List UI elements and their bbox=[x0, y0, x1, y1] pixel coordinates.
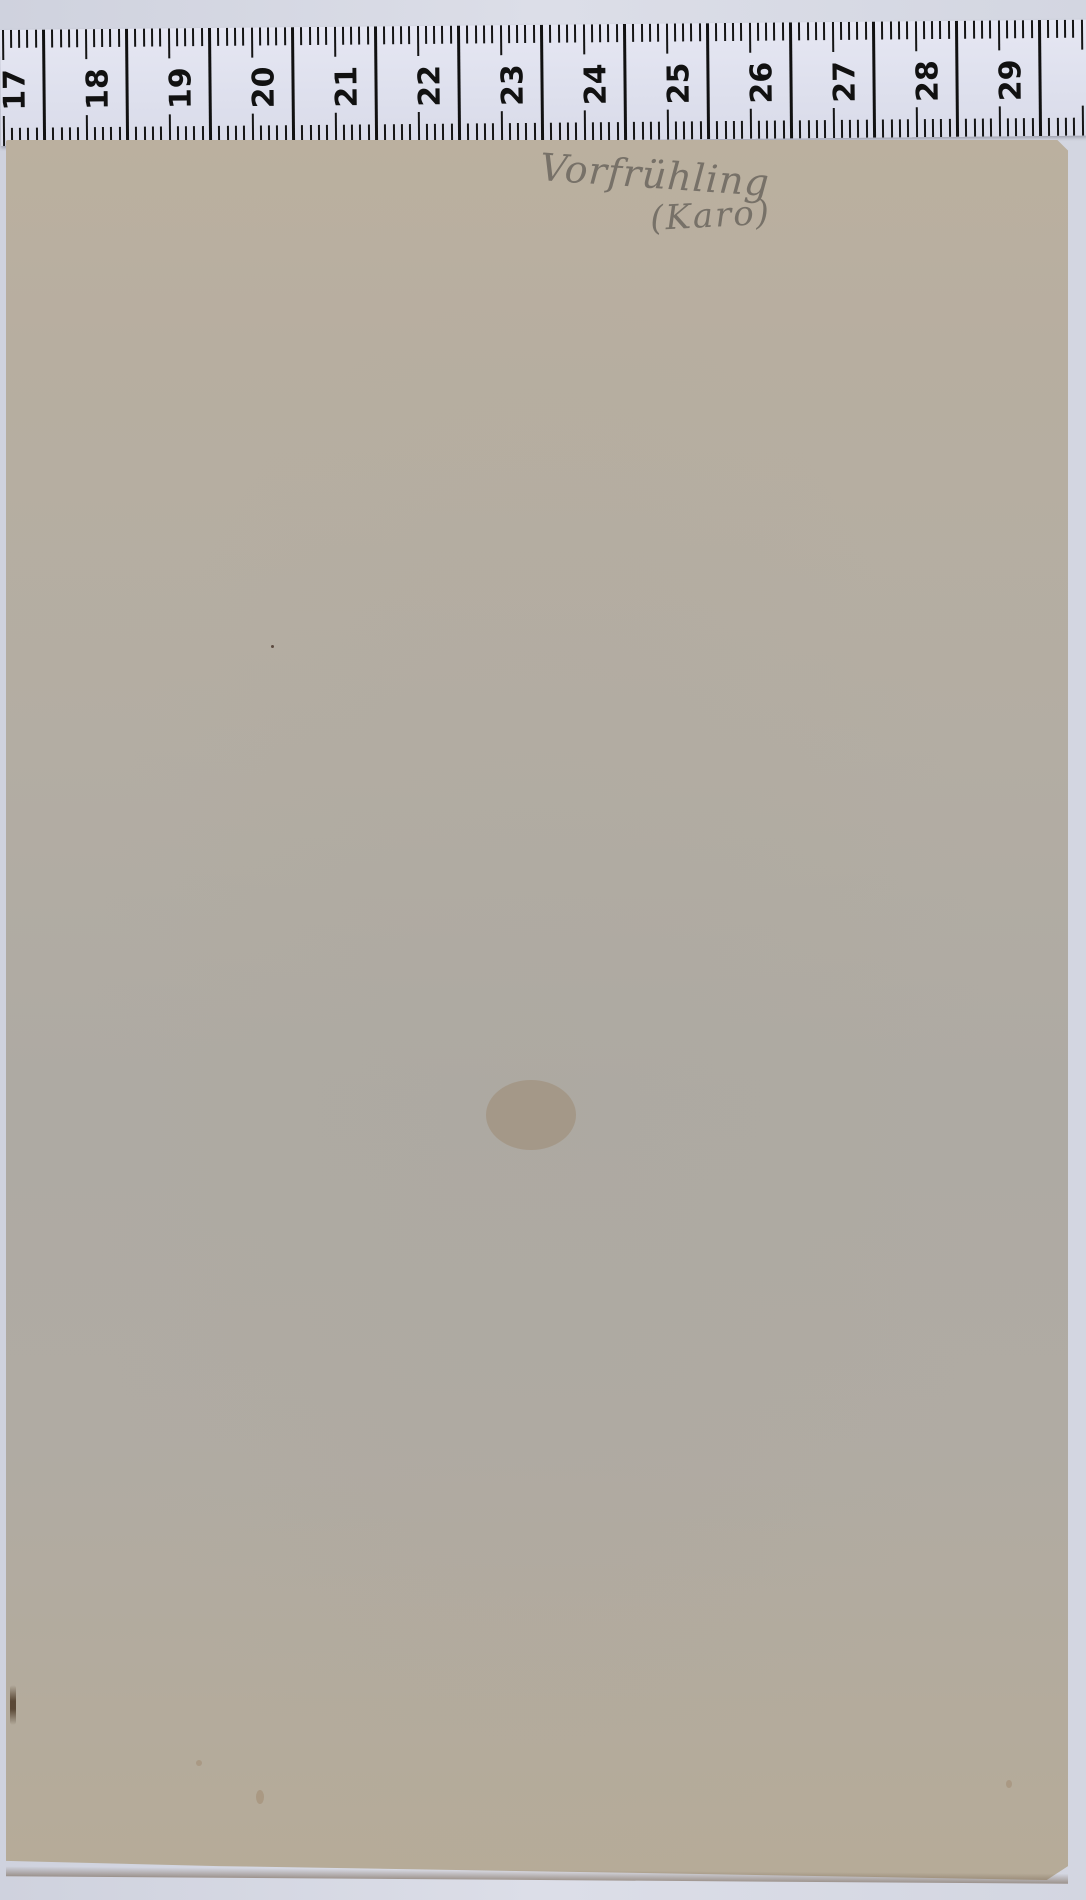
tape-tick bbox=[393, 124, 395, 142]
tape-tick bbox=[242, 28, 244, 46]
tape-cm-label: 27 bbox=[824, 62, 864, 102]
tape-tick bbox=[617, 122, 619, 140]
tape-tick bbox=[1032, 118, 1034, 136]
tape-tick bbox=[358, 27, 360, 45]
tape-tick bbox=[143, 29, 145, 47]
tape-tick bbox=[351, 125, 353, 143]
tape-tick bbox=[467, 124, 469, 142]
tape-tick bbox=[683, 121, 685, 139]
tape-tick bbox=[392, 26, 394, 44]
paper-edge-mark bbox=[10, 1685, 16, 1725]
tape-tick bbox=[923, 21, 925, 39]
tape-tick bbox=[534, 123, 536, 141]
tape-tick bbox=[741, 121, 743, 139]
tape-tick bbox=[766, 121, 768, 139]
stain bbox=[271, 645, 274, 648]
tape-tick bbox=[1031, 20, 1033, 38]
tape-tick bbox=[309, 27, 311, 45]
tape-tick bbox=[558, 25, 560, 43]
tape-tick bbox=[700, 121, 702, 139]
tape-tick bbox=[715, 23, 717, 41]
tape-tick bbox=[516, 25, 518, 43]
tape-tick bbox=[325, 27, 327, 45]
tape-tick bbox=[184, 28, 186, 46]
tape-tick bbox=[725, 121, 727, 139]
tape-tick bbox=[823, 22, 825, 40]
tape-tick bbox=[2, 116, 4, 146]
tape-tick bbox=[368, 124, 370, 142]
tape-tick bbox=[93, 29, 95, 47]
tape-tick bbox=[641, 24, 643, 42]
tape-tick bbox=[724, 23, 726, 41]
tape-tick bbox=[575, 122, 577, 140]
tape-tick bbox=[716, 121, 718, 139]
tape-cm-mark bbox=[955, 21, 959, 137]
tape-tick bbox=[550, 123, 552, 141]
tape-tick bbox=[284, 27, 286, 45]
tape-tick bbox=[350, 27, 352, 45]
tape-tick bbox=[906, 21, 908, 39]
tape-tick bbox=[1080, 20, 1082, 50]
tape-tick bbox=[525, 123, 527, 141]
tape-tick bbox=[633, 122, 635, 140]
tape-tick bbox=[234, 28, 236, 46]
tape-tick bbox=[475, 25, 477, 43]
tape-tick bbox=[964, 21, 966, 39]
tape-tick bbox=[76, 29, 78, 47]
tape-tick bbox=[524, 25, 526, 43]
tape-tick bbox=[665, 24, 667, 54]
tape-tick bbox=[433, 26, 435, 44]
tape-tick bbox=[1065, 118, 1067, 136]
tape-tick bbox=[607, 24, 609, 42]
tape-tick bbox=[10, 30, 12, 48]
tape-tick bbox=[250, 28, 252, 58]
tape-tick bbox=[500, 111, 502, 141]
tape-cm-label: 23 bbox=[492, 65, 532, 105]
tape-tick bbox=[35, 30, 37, 48]
tape-tick bbox=[84, 29, 86, 59]
stain bbox=[486, 1080, 576, 1150]
tape-tick bbox=[259, 27, 261, 45]
tape-tick bbox=[666, 110, 668, 140]
tape-tick bbox=[807, 22, 809, 40]
tape-cm-label: 18 bbox=[77, 69, 117, 109]
tape-tick bbox=[931, 21, 933, 39]
tape-tick bbox=[476, 123, 478, 141]
tape-tick bbox=[267, 27, 269, 45]
tape-cm-mark bbox=[623, 24, 627, 140]
tape-tick bbox=[450, 26, 452, 44]
tape-cm-mark bbox=[540, 25, 544, 141]
tape-cm-mark bbox=[1038, 20, 1042, 136]
tape-tick bbox=[782, 22, 784, 40]
tape-cm-mark bbox=[457, 26, 461, 142]
tape-tick bbox=[118, 29, 120, 47]
tape-tick bbox=[26, 30, 28, 48]
tape-tick bbox=[998, 106, 1000, 136]
tape-tick bbox=[690, 23, 692, 41]
tape-cm-label: 20 bbox=[243, 67, 283, 107]
tape-tick bbox=[866, 120, 868, 138]
tape-tick bbox=[815, 22, 817, 40]
tape-tick bbox=[675, 122, 677, 140]
tape-tick bbox=[582, 24, 584, 54]
tape-tick bbox=[275, 27, 277, 45]
tape-tick bbox=[881, 22, 883, 40]
tape-tick bbox=[949, 119, 951, 137]
tape-tick bbox=[51, 29, 53, 47]
photo-scene: 17181920212223242526272829 Vorfrühling (… bbox=[0, 0, 1086, 1900]
tape-cm-mark bbox=[374, 26, 378, 142]
tape-tick bbox=[1014, 20, 1016, 38]
tape-tick bbox=[1015, 118, 1017, 136]
pencil-inscription: Vorfrühling (Karo) bbox=[540, 145, 880, 233]
tape-cm-mark bbox=[789, 22, 793, 138]
tape-tick bbox=[733, 121, 735, 139]
tape-tick bbox=[757, 23, 759, 41]
tape-tick bbox=[642, 122, 644, 140]
tape-tick bbox=[890, 119, 892, 137]
tape-tick bbox=[384, 124, 386, 142]
tape-tick bbox=[774, 121, 776, 139]
tape-tick bbox=[566, 25, 568, 43]
tape-tick bbox=[831, 22, 833, 52]
tape-tick bbox=[201, 28, 203, 46]
tape-tick bbox=[1022, 20, 1024, 38]
tape-tick bbox=[591, 24, 593, 42]
tape-tick bbox=[982, 119, 984, 137]
tape-tick bbox=[409, 124, 411, 142]
tape-cm-label: 21 bbox=[326, 66, 366, 106]
tape-tick bbox=[798, 22, 800, 40]
tape-tick bbox=[924, 119, 926, 137]
tape-tick bbox=[499, 25, 501, 55]
tape-tick bbox=[965, 119, 967, 137]
tape-tick bbox=[1007, 118, 1009, 136]
tape-tick bbox=[856, 22, 858, 40]
tape-tick bbox=[167, 28, 169, 58]
tape-cm-label: 22 bbox=[409, 66, 449, 106]
tape-tick bbox=[408, 26, 410, 44]
tape-tick bbox=[509, 123, 511, 141]
tape-tick bbox=[948, 21, 950, 39]
tape-tick bbox=[840, 22, 842, 40]
tape-tick bbox=[401, 124, 403, 142]
tape-tick bbox=[517, 123, 519, 141]
tape-tick bbox=[773, 23, 775, 41]
tape-tick bbox=[907, 119, 909, 137]
tape-tick bbox=[159, 28, 161, 46]
tape-tick bbox=[732, 23, 734, 41]
tape-tick bbox=[973, 119, 975, 137]
tape-tick bbox=[383, 26, 385, 44]
tape-cm-mark bbox=[208, 28, 212, 144]
tape-tick bbox=[914, 21, 916, 51]
tape-tick bbox=[997, 20, 999, 50]
tape-tick bbox=[799, 120, 801, 138]
tape-cm-label: 28 bbox=[907, 61, 947, 101]
stain bbox=[256, 1790, 264, 1804]
tape-tick bbox=[442, 124, 444, 142]
tape-tick bbox=[658, 122, 660, 140]
tape-tick bbox=[674, 24, 676, 42]
tape-ticks: 17181920212223242526272829 bbox=[0, 20, 1086, 146]
tape-tick bbox=[699, 23, 701, 41]
tape-tick bbox=[940, 119, 942, 137]
tape-tick bbox=[359, 125, 361, 143]
tape-tick bbox=[1081, 106, 1083, 136]
tape-cm-label: 25 bbox=[658, 63, 698, 103]
tape-cm-label: 24 bbox=[575, 64, 615, 104]
tape-tick bbox=[649, 24, 651, 42]
tape-tick bbox=[151, 29, 153, 47]
tape-tick bbox=[691, 121, 693, 139]
tape-tick bbox=[60, 29, 62, 47]
tape-tick bbox=[317, 27, 319, 45]
tape-tick bbox=[217, 28, 219, 46]
tape-tick bbox=[657, 24, 659, 42]
tape-tick bbox=[134, 29, 136, 47]
tape-tick bbox=[549, 25, 551, 43]
tape-tick bbox=[749, 109, 751, 139]
tape-tick bbox=[1047, 20, 1049, 38]
tape-tick bbox=[848, 22, 850, 40]
tape-cm-label: 19 bbox=[160, 68, 200, 108]
tape-tick bbox=[1056, 118, 1058, 136]
tape-cm-label: 26 bbox=[741, 63, 781, 103]
tape-tick bbox=[841, 120, 843, 138]
tape-tick bbox=[168, 114, 170, 144]
tape-tick bbox=[939, 21, 941, 39]
tape-cm-mark bbox=[42, 30, 46, 146]
tape-cm-mark bbox=[291, 27, 295, 143]
tape-tick bbox=[334, 113, 336, 143]
tape-tick bbox=[367, 26, 369, 44]
tape-cm-label: 17 bbox=[0, 70, 35, 110]
tape-tick bbox=[989, 20, 991, 38]
tape-tick bbox=[1072, 20, 1074, 38]
tape-tick bbox=[882, 120, 884, 138]
tape-tick bbox=[990, 118, 992, 136]
tape-tick bbox=[1056, 20, 1058, 38]
tape-tick bbox=[1006, 20, 1008, 38]
tape-tick bbox=[483, 25, 485, 43]
tape-tick bbox=[932, 119, 934, 137]
tape-tick bbox=[101, 29, 103, 47]
tape-tick bbox=[599, 24, 601, 42]
tape-tick bbox=[484, 123, 486, 141]
tape-tick bbox=[783, 120, 785, 138]
tape-cm-label: 29 bbox=[990, 60, 1030, 100]
tape-tick bbox=[898, 21, 900, 39]
tape-tick bbox=[682, 23, 684, 41]
tape-tick bbox=[491, 25, 493, 43]
tape-tick bbox=[434, 124, 436, 142]
tape-tick bbox=[533, 25, 535, 43]
tape-tick bbox=[981, 21, 983, 39]
tape-tick bbox=[915, 107, 917, 137]
tape-tick bbox=[417, 112, 419, 142]
tape-tick bbox=[1073, 118, 1075, 136]
measuring-tape: 17181920212223242526272829 bbox=[0, 20, 1086, 146]
tape-tick bbox=[574, 24, 576, 42]
tape-tick bbox=[632, 24, 634, 42]
tape-tick bbox=[466, 26, 468, 44]
tape-tick bbox=[300, 27, 302, 45]
tape-tick bbox=[333, 27, 335, 57]
tape-tick bbox=[765, 23, 767, 41]
tape-tick bbox=[492, 123, 494, 141]
tape-tick bbox=[832, 108, 834, 138]
tape-tick bbox=[400, 26, 402, 44]
tape-tick bbox=[192, 28, 194, 46]
tape-cm-mark bbox=[125, 29, 129, 145]
tape-tick bbox=[592, 122, 594, 140]
tape-tick bbox=[18, 30, 20, 48]
tape-tick bbox=[68, 29, 70, 47]
tape-tick bbox=[650, 122, 652, 140]
tape-tick bbox=[583, 110, 585, 140]
tape-tick bbox=[567, 123, 569, 141]
tape-tick bbox=[441, 26, 443, 44]
tape-tick bbox=[176, 28, 178, 46]
tape-tick bbox=[1048, 118, 1050, 136]
tape-tick bbox=[890, 21, 892, 39]
tape-tick bbox=[426, 124, 428, 142]
tape-tick bbox=[758, 121, 760, 139]
tape-tick bbox=[251, 114, 253, 144]
tape-tick bbox=[425, 26, 427, 44]
stain bbox=[1006, 1780, 1012, 1788]
tape-tick bbox=[600, 122, 602, 140]
tape-tick bbox=[824, 120, 826, 138]
tape-tick bbox=[1, 30, 3, 60]
tape-tick bbox=[740, 23, 742, 41]
tape-tick bbox=[1023, 118, 1025, 136]
tape-tick bbox=[807, 120, 809, 138]
tape-tick bbox=[109, 29, 111, 47]
tape-tick bbox=[748, 23, 750, 53]
tape-tick bbox=[899, 119, 901, 137]
tape-tick bbox=[857, 120, 859, 138]
tape-tick bbox=[816, 120, 818, 138]
tape-tick bbox=[226, 28, 228, 46]
tape-tick bbox=[451, 124, 453, 142]
tape-tick bbox=[416, 26, 418, 56]
tape-tick bbox=[865, 22, 867, 40]
stain bbox=[196, 1760, 202, 1766]
tape-tick bbox=[342, 27, 344, 45]
tape-tick bbox=[559, 123, 561, 141]
paper-sheet bbox=[6, 140, 1068, 1880]
tape-tick bbox=[616, 24, 618, 42]
tape-cm-mark bbox=[706, 23, 710, 139]
tape-tick bbox=[973, 21, 975, 39]
tape-tick bbox=[1064, 20, 1066, 38]
tape-tick bbox=[508, 25, 510, 43]
tape-tick bbox=[849, 120, 851, 138]
tape-cm-mark bbox=[872, 22, 876, 138]
tape-tick bbox=[608, 122, 610, 140]
